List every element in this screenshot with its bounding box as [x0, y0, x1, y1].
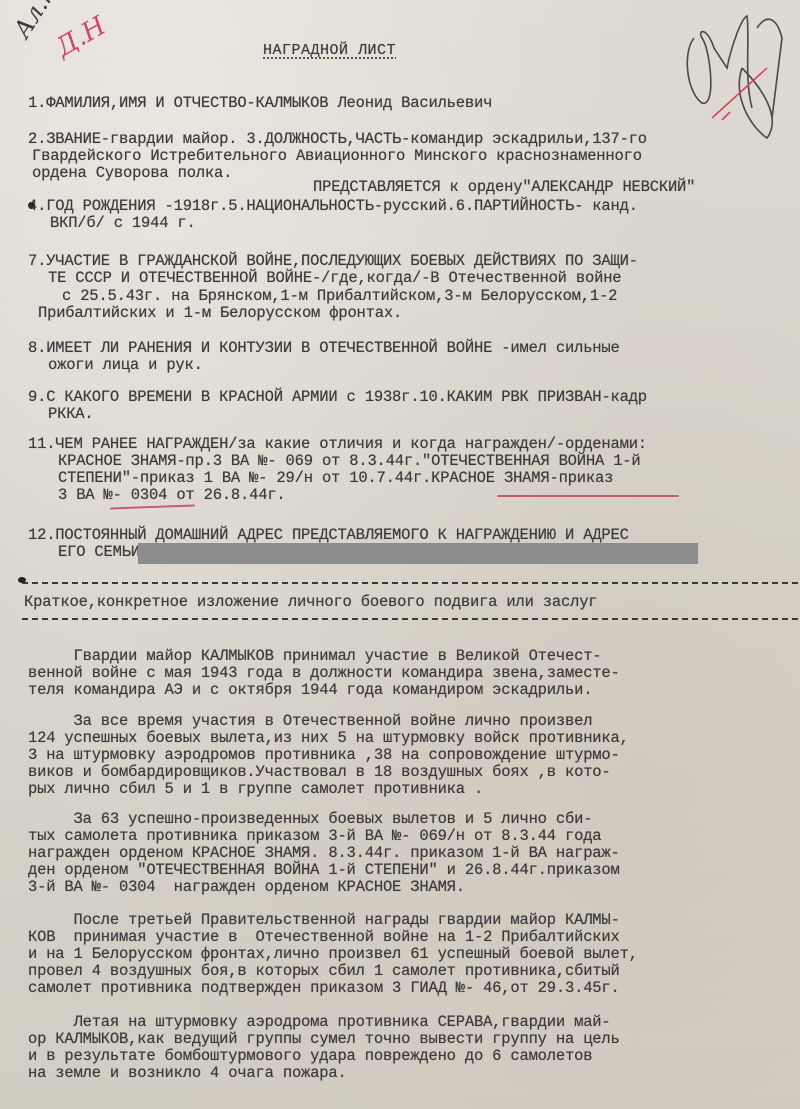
- narrative-p2-line1: За все время участия в Отечественной вой…: [28, 713, 592, 730]
- field-previous-awards-line1: 11.ЧЕМ РАНЕЕ НАГРАЖДЕН/за какие отличия …: [28, 436, 647, 453]
- narrative-p4-line4: провел 4 воздушных боя,в которых сбил 1 …: [28, 963, 620, 980]
- field-participation-line3: с 25.5.43г. на Брянском,1-м Прибалтийско…: [62, 288, 617, 305]
- field-service-since-line2: РККА.: [48, 406, 94, 423]
- field-rank-position-line3: ордена Суворова полка.: [32, 165, 232, 182]
- dashed-divider-bottom: [22, 618, 798, 620]
- field-wounds-line1: 8.ИМЕЕТ ЛИ РАНЕНИЯ И КОНТУЗИИ В ОТЕЧЕСТВ…: [28, 340, 620, 357]
- narrative-p3-line4: ден орденом "ОТЕЧЕСТВЕННАЯ ВОЙНА 1-й СТЕ…: [28, 862, 620, 879]
- narrative-p1-line3: теля командира АЭ и с октября 1944 года …: [28, 682, 592, 699]
- document-title: НАГРАДНОЙ ЛИСТ: [263, 42, 396, 59]
- field-home-address-line2: ЕГО СЕМЬИ: [58, 544, 140, 561]
- red-underline-award: [497, 495, 679, 497]
- narrative-p4-line1: После третьей Правительственной награды …: [28, 912, 620, 929]
- narrative-p4-line2: КОВ принимая участие в Отечественной вой…: [28, 929, 620, 946]
- narrative-p5-line2: ор КАЛМЫКОВ,как ведущий группы сумел точ…: [28, 1031, 620, 1048]
- field-party-year: ВКП/б/ с 1944 г.: [50, 215, 196, 232]
- field-previous-awards-line2: КРАСНОЕ ЗНАМЯ-пр.3 ВА №- 069 от 8.3.44г.…: [58, 453, 641, 470]
- field-home-address-line1: 12.ПОСТОЯННЫЙ ДОМАШНИЙ АДРЕС ПРЕДСТАВЛЯЕ…: [28, 527, 629, 544]
- field-rank-position-line2: Гвардейского Истребительного Авиационног…: [32, 148, 642, 165]
- field-previous-awards-line4: 3 ВА №- 0304 от 26.8.44г.: [58, 487, 286, 504]
- dashed-divider-top: [22, 582, 798, 584]
- field-service-since-line1: 9.С КАКОГО ВРЕМЕНИ В КРАСНОЙ АРМИИ с 193…: [28, 389, 647, 406]
- narrative-p2-line5: рых лично сбил 5 и 1 в группе самолет пр…: [28, 781, 483, 798]
- signature-right: [672, 8, 792, 143]
- narrative-p3-line5: 3-й ВА №- 0304 награжден орденом КРАСНОЕ…: [28, 879, 465, 896]
- narrative-p2-line4: виков и бомбардировщиков.Участвовал в 18…: [28, 764, 611, 781]
- field-previous-awards-line3: СТЕПЕНИ"-приказ 1 ВА №- 29/н от 10.7.44г…: [58, 470, 613, 487]
- narrative-p2-line2: 124 успешных боевых вылета,из них 5 на ш…: [28, 730, 629, 747]
- field-participation-line1: 7.УЧАСТИЕ В ГРАЖДАНСКОЙ ВОЙНЕ,ПОСЛЕДУЮЩИ…: [28, 253, 638, 270]
- narrative-p1-line2: венной войне с мая 1943 года в должности…: [28, 665, 620, 682]
- award-nomination: ПРЕДСТАВЛЯЕТСЯ к ордену"АЛЕКСАНДР НЕВСКИ…: [313, 179, 695, 196]
- narrative-p4-line5: самолет противника подтвержден приказом …: [28, 980, 620, 997]
- field-participation-line4: Прибалтийских и 1-м Белорусском фронтах.: [38, 305, 402, 322]
- narrative-p1-line1: Гвардии майор КАЛМЫКОВ принимал участие …: [28, 648, 601, 665]
- narrative-p3-line1: За 63 успешно-произведенных боевых вылет…: [28, 811, 592, 828]
- field-participation-line2: ТЕ СССР И ОТЕЧЕСТВЕННОЙ ВОЙНЕ-/где,когда…: [48, 270, 621, 287]
- summary-heading: Краткое,конкретное изложение личного бое…: [24, 594, 597, 611]
- narrative-p5-line3: и в результате бомбоштурмового удара пов…: [28, 1048, 592, 1065]
- field-rank-position-line1: 2.ЗВАНИЕ-гвардии майор. 3.ДОЛЖНОСТЬ,ЧАСТ…: [28, 131, 647, 148]
- narrative-p2-line3: 3 на штурмовку аэродромов противника ,38…: [28, 747, 620, 764]
- field-wounds-line2: ожоги лица и рук.: [48, 357, 203, 374]
- narrative-p5-line4: на земле и возникло 4 очага пожара.: [28, 1065, 347, 1082]
- narrative-p5-line1: Летая на штурмовку аэродрома противника …: [28, 1014, 611, 1031]
- redacted-address: [138, 543, 698, 564]
- narrative-p4-line3: и на 1 Белорусском фронтах,лично произве…: [28, 946, 638, 963]
- field-full-name: 1.ФАМИЛИЯ,ИМЯ И ОТЧЕСТВО-КАЛМЫКОВ Леонид…: [28, 95, 492, 112]
- field-birth-nationality-party: 4.ГОД РОЖДЕНИЯ -1918г.5.НАЦИОНАЛЬНОСТЬ-р…: [28, 198, 638, 215]
- narrative-p3-line2: тых самолета противника приказом 3-й ВА …: [28, 828, 601, 845]
- narrative-p3-line3: награжден орденом КРАСНОЕ ЗНАМЯ. 8.3.44г…: [28, 845, 620, 862]
